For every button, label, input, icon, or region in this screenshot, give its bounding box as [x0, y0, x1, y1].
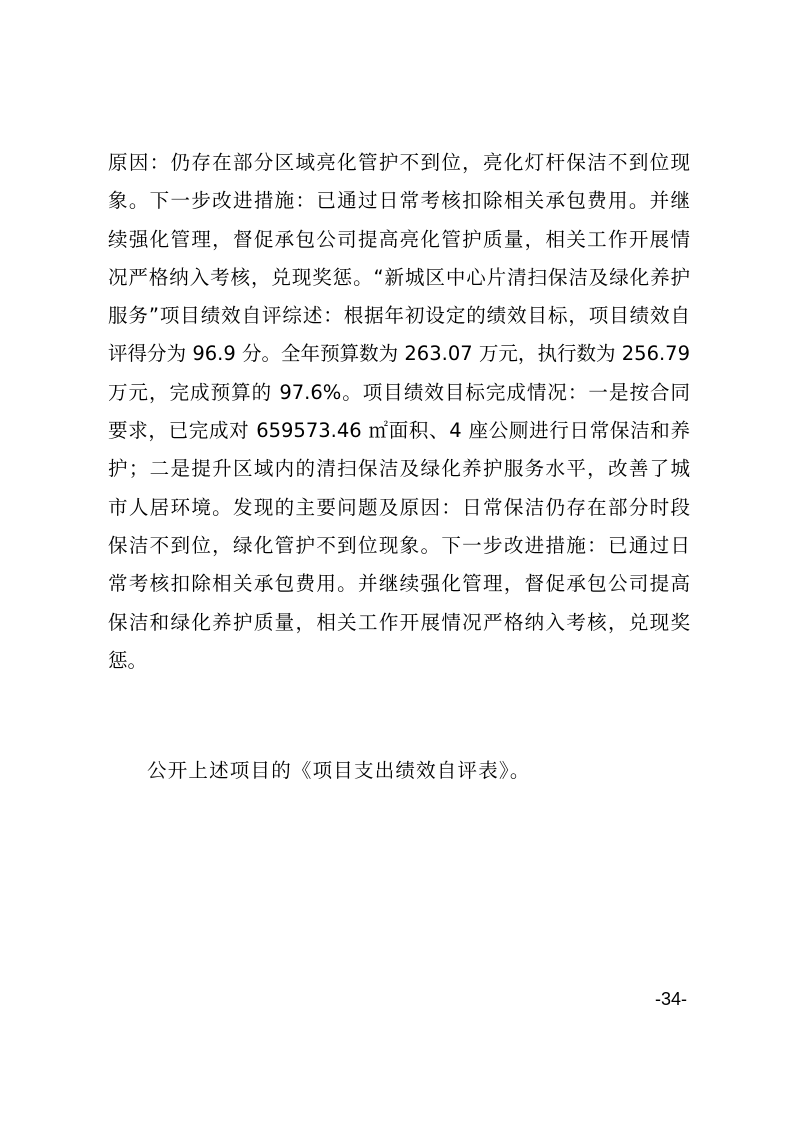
text-line: 市人居环境。发现的主要问题及原因：日常保洁仍存在部分时段	[108, 489, 690, 527]
text-line: 惩。	[108, 642, 690, 680]
text-line: 万元，完成预算的 97.6%。项目绩效目标完成情况：一是按合同	[108, 374, 690, 412]
text-line: 要求，已完成对 659573.46 ㎡面积、4 座公厕进行日常保洁和养	[108, 412, 690, 450]
closing-paragraph: 公开上述项目的《项目支出绩效自评表》。	[147, 752, 531, 790]
text-line: 护；二是提升区域内的清扫保洁及绿化养护服务水平，改善了城	[108, 450, 690, 488]
text-line: 续强化管理，督促承包公司提高亮化管护质量，相关工作开展情	[108, 221, 690, 259]
text-line: 保洁不到位，绿化管护不到位现象。下一步改进措施：已通过日	[108, 527, 690, 565]
text-line: 常考核扣除相关承包费用。并继续强化管理，督促承包公司提高	[108, 565, 690, 603]
page-number: -34-	[655, 988, 687, 1010]
text-line: 况严格纳入考核，兑现奖惩。“新城区中心片清扫保洁及绿化养护	[108, 259, 690, 297]
body-paragraph: 原因：仍存在部分区域亮化管护不到位，亮化灯杆保洁不到位现 象。下一步改进措施：已…	[108, 144, 690, 680]
document-page: 原因：仍存在部分区域亮化管护不到位，亮化灯杆保洁不到位现 象。下一步改进措施：已…	[0, 0, 793, 1122]
text-line: 原因：仍存在部分区域亮化管护不到位，亮化灯杆保洁不到位现	[108, 144, 690, 182]
text-line: 服务”项目绩效自评综述：根据年初设定的绩效目标，项目绩效自	[108, 297, 690, 335]
text-line: 保洁和绿化养护质量，相关工作开展情况严格纳入考核，兑现奖	[108, 604, 690, 642]
text-line: 评得分为 96.9 分。全年预算数为 263.07 万元，执行数为 256.79	[108, 335, 690, 373]
text-line: 象。下一步改进措施：已通过日常考核扣除相关承包费用。并继	[108, 182, 690, 220]
